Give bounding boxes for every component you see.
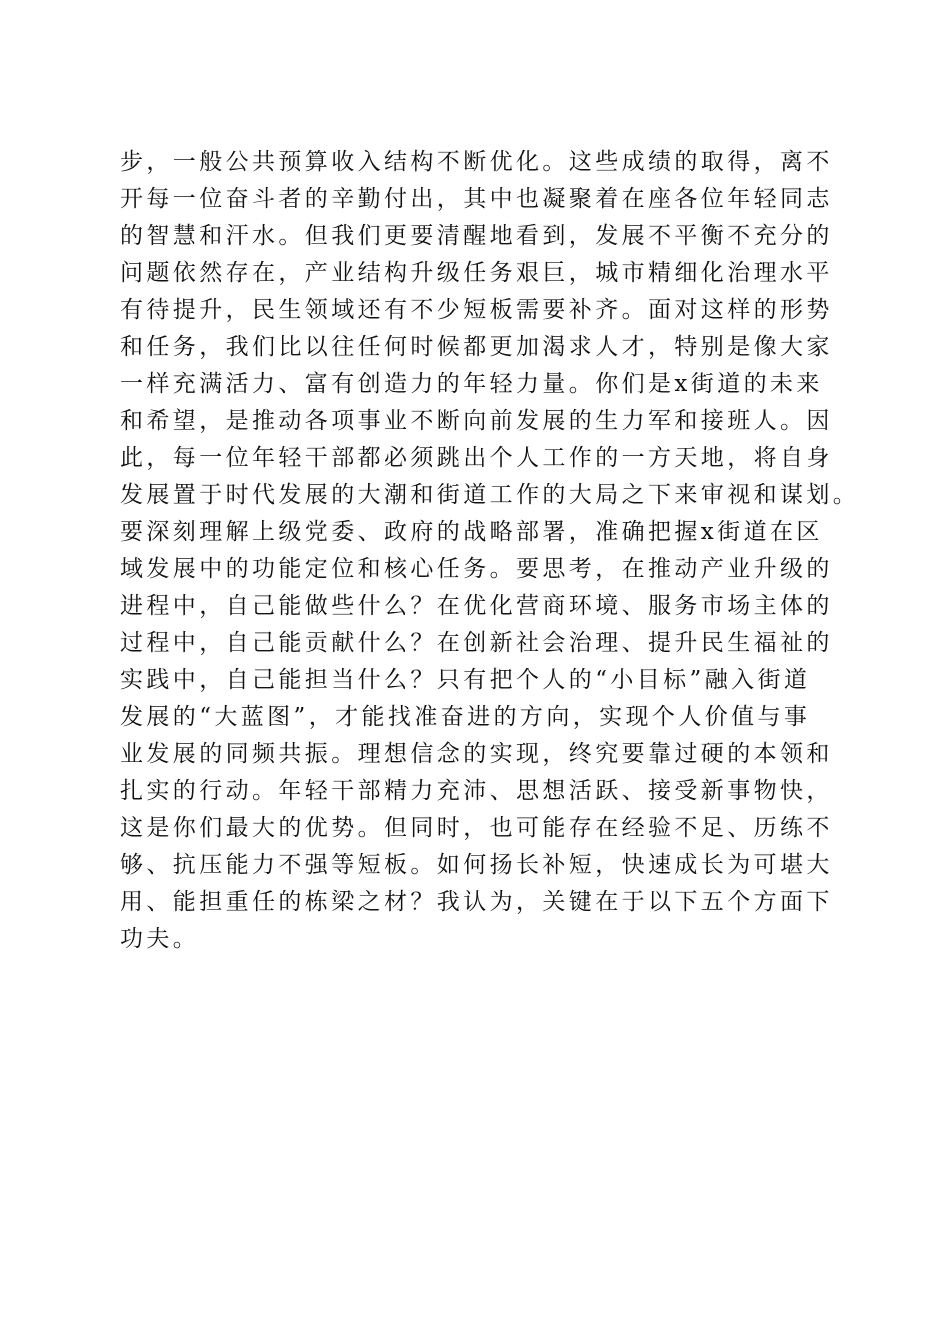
text-line: 发展置于时代发展的大潮和街道工作的大局之下来审视和谋划。: [120, 477, 840, 514]
text-line: 一样充满活力、富有创造力的年轻力量。你们是x街道的未来: [120, 366, 840, 403]
text-line: 步，一般公共预算收入结构不断优化。这些成绩的取得，离不: [120, 144, 840, 181]
text-line: 问题依然存在，产业结构升级任务艰巨，城市精细化治理水平: [120, 255, 840, 292]
text-line: 进程中，自己能做些什么？在优化营商环境、服务市场主体的: [120, 588, 840, 625]
text-line: 和任务，我们比以往任何时候都更加渴求人才，特别是像大家: [120, 329, 840, 366]
text-line: 发展的“大蓝图”，才能找准奋进的方向，实现个人价值与事: [120, 699, 840, 736]
text-line: 要深刻理解上级党委、政府的战略部署，准确把握x街道在区: [120, 514, 840, 551]
body-paragraph: 步，一般公共预算收入结构不断优化。这些成绩的取得，离不 开每一位奋斗者的辛勤付出…: [120, 144, 840, 958]
text-line: 有待提升，民生领域还有不少短板需要补齐。面对这样的形势: [120, 292, 840, 329]
text-line: 此，每一位年轻干部都必须跳出个人工作的一方天地，将自身: [120, 440, 840, 477]
text-line: 功夫。: [120, 921, 840, 958]
text-line: 的智慧和汗水。但我们更要清醒地看到，发展不平衡不充分的: [120, 218, 840, 255]
text-line: 和希望，是推动各项事业不断向前发展的生力军和接班人。因: [120, 403, 840, 440]
text-line: 业发展的同频共振。理想信念的实现，终究要靠过硬的本领和: [120, 736, 840, 773]
text-line: 过程中，自己能贡献什么？在创新社会治理、提升民生福祉的: [120, 625, 840, 662]
text-line: 开每一位奋斗者的辛勤付出，其中也凝聚着在座各位年轻同志: [120, 181, 840, 218]
document-page: 步，一般公共预算收入结构不断优化。这些成绩的取得，离不 开每一位奋斗者的辛勤付出…: [0, 0, 950, 1344]
text-line: 这是你们最大的优势。但同时，也可能存在经验不足、历练不: [120, 810, 840, 847]
text-line: 扎实的行动。年轻干部精力充沛、思想活跃、接受新事物快，: [120, 773, 840, 810]
text-line: 用、能担重任的栋梁之材？我认为，关键在于以下五个方面下: [120, 884, 840, 921]
text-line: 域发展中的功能定位和核心任务。要思考，在推动产业升级的: [120, 551, 840, 588]
text-line: 实践中，自己能担当什么？只有把个人的“小目标”融入街道: [120, 662, 840, 699]
text-line: 够、抗压能力不强等短板。如何扬长补短，快速成长为可堪大: [120, 847, 840, 884]
